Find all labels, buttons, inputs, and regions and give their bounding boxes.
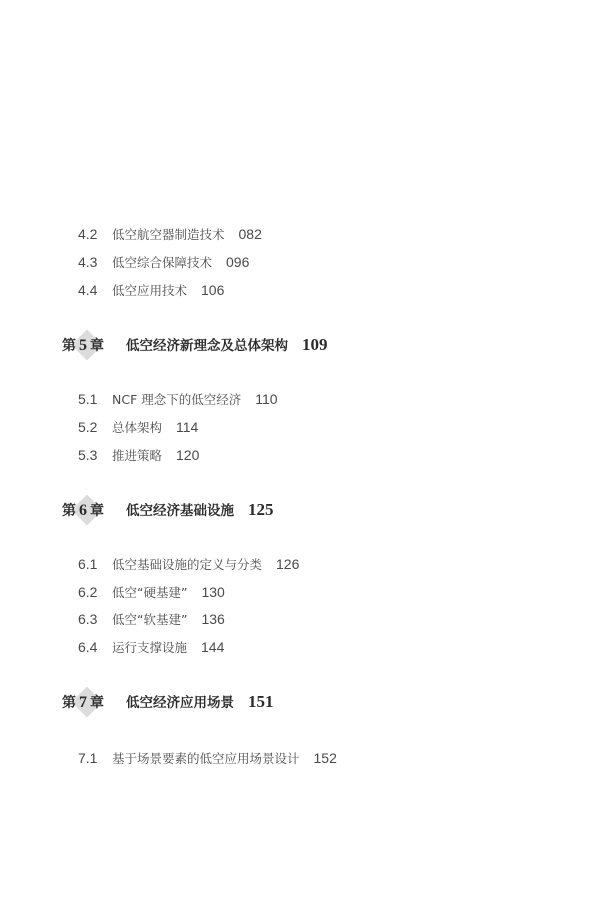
section-title: 低空综合保障技术 (112, 255, 212, 270)
chapter-label: 第7章 (62, 687, 126, 719)
chapter-page-number: 151 (248, 692, 274, 711)
page-number: 110 (255, 391, 277, 407)
section-number: 5.2 (78, 418, 112, 436)
chapter-page-number: 109 (302, 335, 328, 354)
section-title: 低空应用技术 (112, 283, 187, 298)
section-title: 总体架构 (112, 420, 162, 435)
toc-entry-6-1[interactable]: 6.1低空基础设施的定义与分类126 (78, 555, 299, 574)
toc-entry-4-4[interactable]: 4.4低空应用技术106 (78, 281, 224, 300)
page-number: 126 (276, 556, 299, 572)
chapter-label: 第5章 (62, 330, 126, 362)
toc-entry-6-2[interactable]: 6.2低空“硬基建”130 (78, 583, 225, 602)
toc-entry-6-4[interactable]: 6.4运行支撑设施144 (78, 638, 224, 657)
section-title: 低空基础设施的定义与分类 (112, 557, 262, 572)
section-number: 4.2 (78, 225, 112, 243)
page-number: 120 (176, 447, 199, 463)
section-number: 4.4 (78, 281, 112, 299)
section-number: 6.3 (78, 610, 112, 628)
section-title: 低空“硬基建” (112, 585, 187, 600)
chapter-label: 第6章 (62, 495, 126, 527)
section-number: 5.3 (78, 446, 112, 464)
page-number: 106 (201, 282, 224, 298)
toc-entry-5-1[interactable]: 5.1NCF 理念下的低空经济110 (78, 390, 278, 409)
section-title: 推进策略 (112, 448, 162, 463)
toc-entry-5-3[interactable]: 5.3推进策略120 (78, 446, 199, 465)
toc-entry-7-1[interactable]: 7.1基于场景要素的低空应用场景设计152 (78, 749, 337, 768)
toc-chapter-6[interactable]: 第6章低空经济基础设施125 (62, 494, 274, 526)
section-number: 7.1 (78, 749, 112, 767)
section-title: 低空航空器制造技术 (112, 227, 225, 242)
page-number: 096 (226, 254, 249, 270)
page-number: 082 (239, 226, 262, 242)
toc-entry-5-2[interactable]: 5.2总体架构114 (78, 418, 198, 437)
page-number: 152 (314, 750, 337, 766)
section-number: 4.3 (78, 253, 112, 271)
section-title: 运行支撑设施 (112, 640, 187, 655)
section-number: 5.1 (78, 390, 112, 408)
chapter-title: 低空经济基础设施 (126, 503, 234, 519)
toc-chapter-5[interactable]: 第5章低空经济新理念及总体架构109 (62, 329, 328, 361)
section-title: 基于场景要素的低空应用场景设计 (112, 751, 300, 766)
page-number: 130 (201, 584, 224, 600)
section-number: 6.4 (78, 638, 112, 656)
toc-chapter-7[interactable]: 第7章低空经济应用场景151 (62, 686, 274, 718)
toc-entry-4-3[interactable]: 4.3低空综合保障技术096 (78, 253, 249, 272)
chapter-page-number: 125 (248, 500, 274, 519)
page-number: 136 (201, 611, 224, 627)
section-number: 6.2 (78, 583, 112, 601)
section-number: 6.1 (78, 555, 112, 573)
page-number: 144 (201, 639, 224, 655)
chapter-title: 低空经济应用场景 (126, 695, 234, 711)
chapter-title: 低空经济新理念及总体架构 (126, 338, 288, 354)
page-number: 114 (176, 419, 198, 435)
toc-entry-6-3[interactable]: 6.3低空“软基建”136 (78, 610, 225, 629)
section-title: NCF 理念下的低空经济 (112, 392, 241, 407)
section-title: 低空“软基建” (112, 612, 187, 627)
toc-entry-4-2[interactable]: 4.2低空航空器制造技术082 (78, 225, 262, 244)
